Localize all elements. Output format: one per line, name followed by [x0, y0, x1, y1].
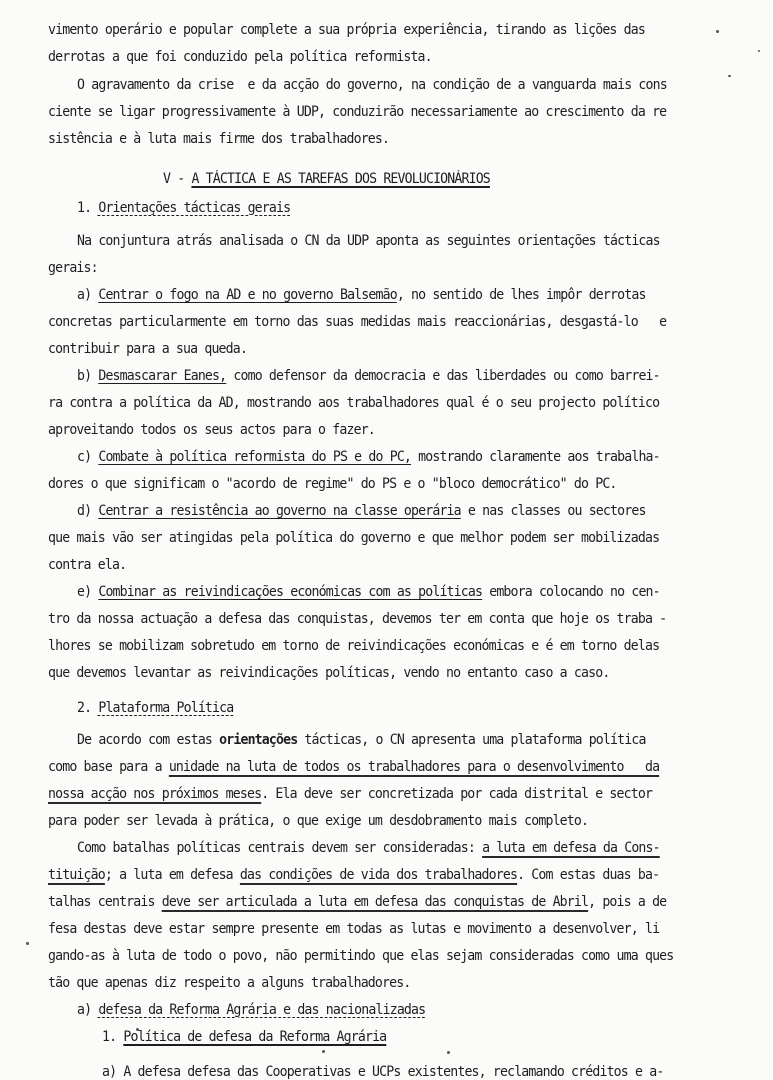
- scan-speck: [728, 75, 731, 77]
- text-segment: ciente se ligar progressivamente à UDP, …: [48, 104, 666, 120]
- underlined-phrase: Combinar as reivindicações económicas co…: [98, 584, 482, 600]
- text-line: ra contra a política da AD, mostrando ao…: [48, 393, 659, 413]
- text-line: nossa acção nos próximos meses. Ela deve…: [48, 784, 652, 804]
- text-line: O agravamento da crise e da acção do gov…: [77, 75, 667, 95]
- text-line: a) defesa da Reforma Agrária e das nacio…: [77, 1000, 425, 1020]
- text-line: como base para a unidade na luta de todo…: [48, 757, 659, 777]
- text-segment: que devemos levantar as reivindicações p…: [48, 665, 609, 681]
- text-segment: lhores se mobilizam sobretudo em torno d…: [48, 638, 659, 654]
- text-line: d) Centrar a resistência ao governo na c…: [77, 501, 646, 521]
- text-segment: O agravamento da crise e da acção do gov…: [77, 77, 667, 93]
- underlined-phrase: defesa da Reforma Agrária e das nacional…: [98, 1002, 425, 1018]
- text-segment: a): [77, 287, 98, 303]
- scan-speck: [136, 1028, 139, 1031]
- underlined-phrase: deve ser articulada a luta em defesa das…: [162, 894, 588, 910]
- text-line: a) Centrar o fogo na AD e no governo Bal…: [77, 285, 646, 305]
- text-segment: Como batalhas políticas centrais devem s…: [77, 840, 482, 856]
- scanned-document-page: vimento operário e popular complete a su…: [0, 0, 773, 1080]
- scan-speck: [716, 30, 719, 33]
- text-line: vimento operário e popular complete a su…: [48, 20, 645, 40]
- text-segment: derrotas a que foi conduzido pela políti…: [48, 49, 432, 65]
- underlined-phrase: a luta em defesa da Cons-: [482, 840, 660, 856]
- text-segment: tão que apenas diz respeito a alguns tra…: [48, 975, 410, 991]
- underlined-phrase: Desmascarar Eanes,: [98, 368, 226, 384]
- text-line: sistência e à luta mais firme dos trabal…: [48, 129, 389, 149]
- underlined-phrase: Plataforma Política: [98, 700, 233, 716]
- underlined-phrase: nossa acção nos próximos meses: [48, 786, 261, 802]
- text-line: Como batalhas políticas centrais devem s…: [77, 838, 660, 858]
- underlined-phrase: unidade na luta de todos os trabalhadore…: [169, 759, 659, 775]
- text-segment: concretas particularmente em torno das s…: [48, 314, 666, 330]
- text-line: derrotas a que foi conduzido pela políti…: [48, 47, 432, 67]
- text-line: para poder ser levada à prática, o que e…: [48, 811, 588, 831]
- text-segment: orientações: [219, 732, 297, 748]
- text-line: tão que apenas diz respeito a alguns tra…: [48, 973, 410, 993]
- text-segment: gando-as à luta de todo o povo, não perm…: [48, 948, 673, 964]
- text-line: ciente se ligar progressivamente à UDP, …: [48, 102, 666, 122]
- text-segment: talhas centrais: [48, 894, 162, 910]
- text-segment: 2.: [77, 700, 98, 716]
- text-segment: mostrando claramente aos trabalha-: [411, 449, 660, 465]
- text-line: contribuir para a sua queda.: [48, 339, 247, 359]
- text-line: concretas particularmente em torno das s…: [48, 312, 666, 332]
- underlined-phrase: Centrar o fogo na AD e no governo Balsem…: [98, 287, 396, 303]
- text-segment: c): [77, 449, 98, 465]
- scan-speck: [758, 50, 760, 52]
- underlined-phrase: Centrar a resistência ao governo na clas…: [98, 503, 460, 519]
- text-segment: embora colocando no cen-: [482, 584, 660, 600]
- text-line: talhas centrais deve ser articulada a lu…: [48, 892, 666, 912]
- text-segment: , no sentido de lhes impôr derrotas: [397, 287, 646, 303]
- scan-speck: [26, 942, 29, 945]
- text-line: 1. Política de defesa da Reforma Agrária: [102, 1027, 386, 1047]
- text-line: que devemos levantar as reivindicações p…: [48, 663, 609, 683]
- text-segment: vimento operário e popular complete a su…: [48, 22, 645, 38]
- text-segment: tácticas, o CN apresenta uma plataforma …: [297, 732, 645, 748]
- text-segment: para poder ser levada à prática, o que e…: [48, 813, 588, 829]
- text-segment: a) A defesa defesa das Cooperativas e UC…: [102, 1064, 663, 1080]
- text-segment: contribuir para a sua queda.: [48, 341, 247, 357]
- text-line: c) Combate à política reformista do PS e…: [77, 447, 660, 467]
- text-segment: e nas classes ou sectores: [461, 503, 646, 519]
- text-segment: 1.: [102, 1029, 123, 1045]
- text-segment: aproveitando todos os seus actos para o …: [48, 422, 375, 438]
- text-segment: a): [77, 1002, 98, 1018]
- text-line: Na conjuntura atrás analisada o CN da UD…: [77, 231, 660, 251]
- text-segment: V -: [163, 171, 191, 187]
- text-line: 2. Plataforma Política: [77, 698, 233, 718]
- text-line: fesa destas deve estar sempre presente e…: [48, 919, 659, 939]
- text-line: gando-as à luta de todo o povo, não perm…: [48, 946, 673, 966]
- text-segment: . Ela deve ser concretizada por cada dis…: [261, 786, 652, 802]
- underlined-phrase: A TÁCTICA E AS TAREFAS DOS REVOLUCIONÁRI…: [191, 171, 489, 187]
- text-segment: contra ela.: [48, 557, 126, 573]
- text-segment: fesa destas deve estar sempre presente e…: [48, 921, 659, 937]
- text-segment: 1.: [77, 200, 98, 216]
- text-segment: gerais:: [48, 260, 98, 276]
- scan-speck: [447, 1051, 450, 1054]
- text-line: contra ela.: [48, 555, 126, 575]
- text-line: tituição; a luta em defesa das condições…: [48, 865, 659, 885]
- underlined-phrase: Orientações tácticas gerais: [98, 200, 290, 216]
- text-line: lhores se mobilizam sobretudo em torno d…: [48, 636, 659, 656]
- text-segment: ra contra a política da AD, mostrando ao…: [48, 395, 659, 411]
- text-segment: que mais vão ser atingidas pela política…: [48, 530, 659, 546]
- text-segment: d): [77, 503, 98, 519]
- text-line: De acordo com estas orientações tácticas…: [77, 730, 646, 750]
- text-segment: e): [77, 584, 98, 600]
- text-segment: ; a luta em defesa: [105, 867, 240, 883]
- text-line: e) Combinar as reivindicações económicas…: [77, 582, 660, 602]
- text-line: dores o que significam o "acordo de regi…: [48, 474, 617, 494]
- text-line: V - A TÁCTICA E AS TAREFAS DOS REVOLUCIO…: [163, 169, 490, 189]
- text-segment: , pois a de: [588, 894, 666, 910]
- text-segment: dores o que significam o "acordo de regi…: [48, 476, 617, 492]
- text-line: gerais:: [48, 258, 98, 278]
- text-line: tro da nossa actuação a defesa das conqu…: [48, 609, 666, 629]
- text-line: a) A defesa defesa das Cooperativas e UC…: [102, 1062, 663, 1080]
- underlined-phrase: Política de defesa da Reforma Agrária: [123, 1029, 386, 1045]
- text-line: aproveitando todos os seus actos para o …: [48, 420, 375, 440]
- text-line: que mais vão ser atingidas pela política…: [48, 528, 659, 548]
- text-line: 1. Orientações tácticas gerais: [77, 198, 290, 218]
- scan-speck: [322, 1050, 325, 1053]
- text-segment: b): [77, 368, 98, 384]
- text-segment: tro da nossa actuação a defesa das conqu…: [48, 611, 666, 627]
- text-segment: . Com estas duas ba-: [517, 867, 659, 883]
- underlined-phrase: tituição: [48, 867, 105, 883]
- text-segment: como base para a: [48, 759, 169, 775]
- text-segment: sistência e à luta mais firme dos trabal…: [48, 131, 389, 147]
- text-segment: De acordo com estas: [77, 732, 219, 748]
- underlined-phrase: Combate à política reformista do PS e do…: [98, 449, 411, 465]
- text-segment: Na conjuntura atrás analisada o CN da UD…: [77, 233, 660, 249]
- text-line: b) Desmascarar Eanes, como defensor da d…: [77, 366, 660, 386]
- text-segment: como defensor da democracia e das liberd…: [226, 368, 660, 384]
- underlined-phrase: das condições de vida dos trabalhadores: [240, 867, 517, 883]
